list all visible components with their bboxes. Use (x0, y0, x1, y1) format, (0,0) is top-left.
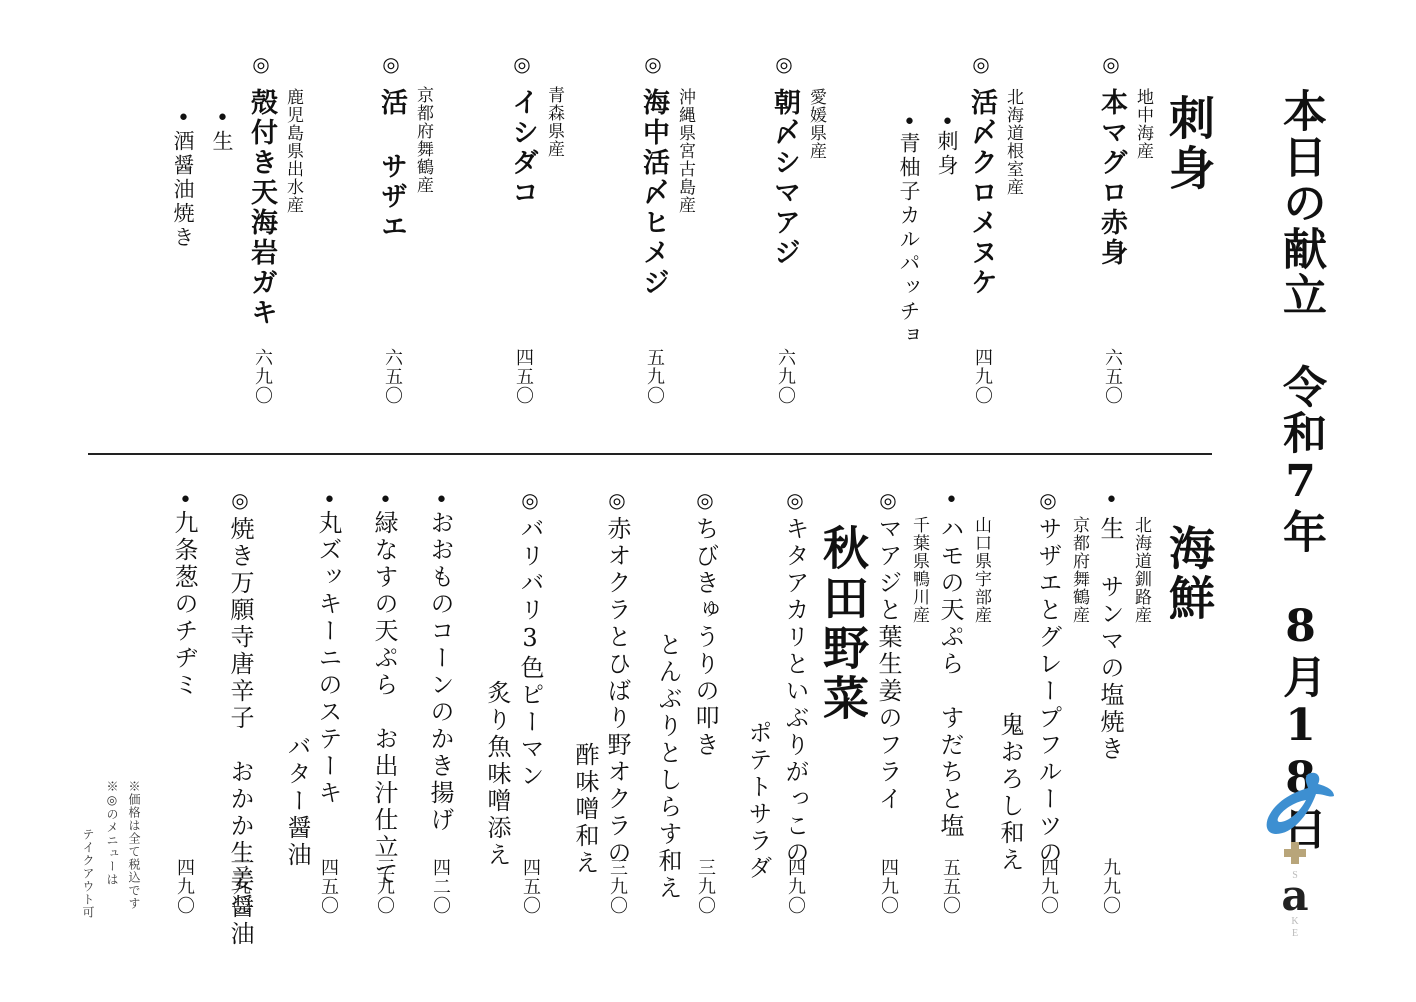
takeout-mark-icon: ◎ (512, 52, 532, 76)
item-name: 海中活〆ヒメジ (640, 88, 667, 298)
takeout-mark-icon: ◎ (520, 488, 540, 512)
bullet-icon: • (1100, 488, 1122, 513)
item-price: 五五〇 (941, 858, 959, 915)
item-price: 四五〇 (521, 858, 539, 915)
takeout-mark-icon: ◎ (785, 488, 805, 512)
item-origin: 千葉県鴨川産 (910, 516, 927, 624)
takeout-mark-icon: ◎ (695, 488, 715, 512)
takeout-mark-icon: ◎ (1038, 488, 1058, 512)
svg-text:E: E (1292, 928, 1298, 939)
item-origin: 愛媛県産 (807, 88, 824, 160)
note-tax: ※価格は全て税込です (128, 780, 140, 910)
item-name: イシダコ (509, 88, 536, 208)
item-price: 四九〇 (879, 858, 897, 915)
item-name: ハモの天ぷら すだちと塩 (938, 516, 962, 840)
svg-text:K: K (1291, 916, 1299, 927)
item-name: 緑なすの天ぷら お出汁仕立て (372, 510, 396, 888)
item-option: 酒醤油焼き (172, 130, 193, 250)
item-price: 六五〇 (383, 348, 401, 405)
item-origin: 北海道根室産 (1004, 88, 1021, 196)
item-name-cont: とんぶりとしらす和え (656, 632, 680, 902)
item-price: 三九〇 (696, 858, 714, 915)
item-name: 丸ズッキーニのステーキ (316, 510, 340, 807)
section-heading-kaisen: 海鮮 (1166, 524, 1212, 624)
item-price: 六五〇 (1103, 348, 1121, 405)
item-price: 四九〇 (1039, 858, 1057, 915)
item-name: おおものコーンのかき揚げ (428, 510, 452, 834)
item-name: 九条葱のチヂミ (172, 510, 196, 699)
item-price: 六九〇 (776, 348, 794, 405)
item-name: 殻付き天海岩ガキ (248, 88, 275, 328)
item-name: 赤オクラとひばり野オクラの (605, 516, 629, 867)
logo-fish-icon: S a K E (1264, 768, 1336, 940)
takeout-mark-icon: ◎ (643, 52, 663, 76)
item-price: 四五〇 (319, 858, 337, 915)
item-option: 青柚子カルパッチョ (898, 132, 919, 348)
item-price: 三九〇 (608, 858, 626, 915)
item-price: 九九〇 (1101, 858, 1119, 915)
takeout-mark-icon: ◎ (230, 488, 250, 512)
item-price: 四九〇 (175, 858, 193, 915)
item-name: 朝〆シマアジ (771, 88, 798, 268)
takeout-mark-icon: ◎ (251, 52, 271, 76)
item-name: ちびきゅうりの叩き (693, 516, 717, 759)
bullet-icon: • (940, 488, 962, 513)
svg-text:a: a (1281, 871, 1308, 920)
page-title: 本日の献立 令和7年 8月18日 (1278, 88, 1322, 852)
item-origin: 京都府舞鶴産 (414, 86, 431, 194)
item-name: 活 サザエ (378, 88, 405, 242)
takeout-mark-icon: ◎ (1101, 52, 1121, 76)
item-name-cont: 酢味噌和え (573, 742, 597, 877)
item-name-cont: 鬼おろし和え (998, 712, 1022, 874)
item-origin: 青森県産 (545, 86, 562, 158)
item-name-cont: ポテトサラダ (746, 720, 770, 882)
item-price: 四九〇 (786, 858, 804, 915)
item-origin: 京都府舞鶴産 (1070, 516, 1087, 624)
item-name-cont: 炙り魚味噌添え (485, 680, 509, 869)
section-divider (88, 453, 1212, 455)
section-heading-sashimi: 刺身 (1166, 94, 1212, 194)
takeout-mark-icon: ◎ (607, 488, 627, 512)
item-name: マアジと葉生姜のフライ (876, 516, 900, 813)
item-origin: 山口県宇部産 (972, 516, 989, 624)
takeout-mark-icon: ◎ (774, 52, 794, 76)
takeout-mark-icon: ◎ (878, 488, 898, 512)
note-takeout: ※◎のメニューは (106, 780, 118, 886)
takeout-mark-icon: ◎ (971, 52, 991, 76)
item-name: キタアカリといぶりがっこの (783, 516, 807, 867)
item-name-cont: バター醤油 (285, 734, 309, 869)
note-takeout-cont: テイクアウト可 (82, 828, 94, 919)
item-name: サザエとグレープフルーツの (1036, 516, 1060, 867)
item-price: 六九〇 (253, 348, 271, 405)
takeout-mark-icon: ◎ (381, 52, 401, 76)
item-name: 生 サンマの塩焼き (1098, 516, 1122, 763)
item-price: 四二〇 (431, 858, 449, 915)
item-price: 三九〇 (231, 858, 249, 915)
item-origin: 鹿児島県出水産 (284, 88, 301, 214)
item-name: バリバリ3色ピーマン (518, 516, 542, 790)
item-price: 三九〇 (375, 858, 393, 915)
section-heading-yasai: 秋田野菜 (820, 524, 866, 724)
item-price: 四五〇 (514, 348, 532, 405)
item-option: 刺身 (936, 130, 957, 178)
item-origin: 沖縄県宮古島産 (676, 88, 693, 214)
item-option: 生 (211, 130, 232, 154)
item-price: 四九〇 (973, 348, 991, 405)
item-origin: 北海道釧路産 (1132, 516, 1149, 624)
shop-logo: S a K E (1264, 768, 1336, 940)
item-origin: 地中海産 (1134, 88, 1151, 160)
item-price: 五九〇 (645, 348, 663, 405)
item-name: 本マグロ赤身 (1098, 88, 1125, 268)
item-name: 活〆クロメヌケ (968, 88, 995, 298)
